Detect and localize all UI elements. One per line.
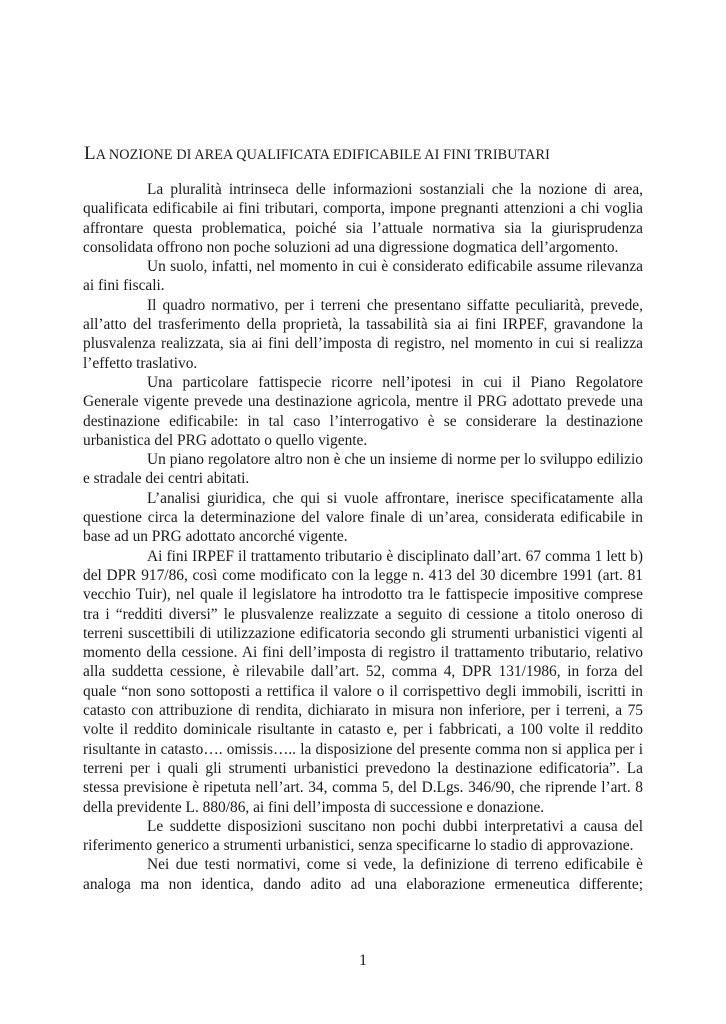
- paragraph: Le suddette disposizioni suscitano non p…: [83, 817, 643, 856]
- page-number: 1: [0, 952, 726, 970]
- paragraph: Ai fini IRPEF il trattamento tributario …: [83, 547, 643, 817]
- paragraph: Il quadro normativo, per i terreni che p…: [83, 296, 643, 373]
- paragraph: Un suolo, infatti, nel momento in cui è …: [83, 257, 643, 296]
- title-initial: L: [84, 143, 96, 164]
- paragraph: L’analisi giuridica, che qui si vuole af…: [83, 489, 643, 547]
- document-title: LA NOZIONE DI AREA QUALIFICATA EDIFICABI…: [84, 143, 644, 165]
- document-body: La pluralità intrinseca delle informazio…: [83, 180, 643, 894]
- title-text: A NOZIONE DI AREA QUALIFICATA EDIFICABIL…: [96, 147, 550, 163]
- paragraph: Nei due testi normativi, come si vede, l…: [83, 855, 643, 894]
- document-page: LA NOZIONE DI AREA QUALIFICATA EDIFICABI…: [0, 0, 726, 1024]
- paragraph: Una particolare fattispecie ricorre nell…: [83, 373, 643, 450]
- paragraph: La pluralità intrinseca delle informazio…: [83, 180, 643, 257]
- paragraph: Un piano regolatore altro non è che un i…: [83, 450, 643, 489]
